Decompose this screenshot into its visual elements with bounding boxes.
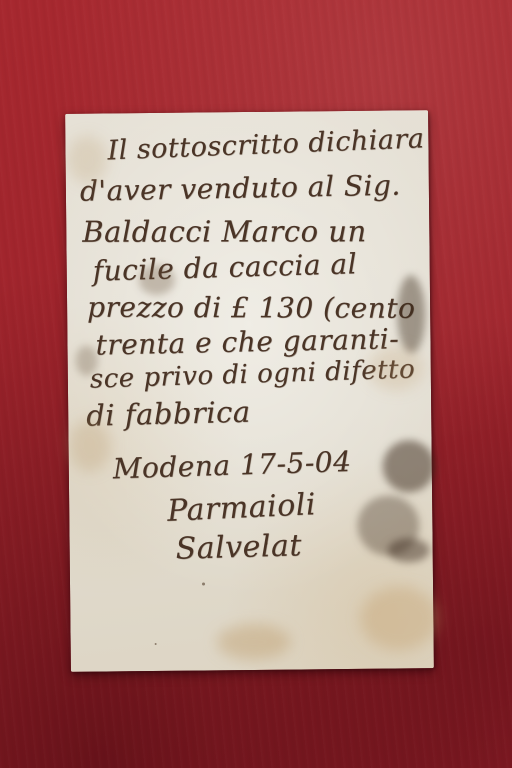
age-stain-bottom-center — [216, 624, 290, 661]
handwritten-line-3: Baldacci Marco un — [82, 214, 366, 248]
signature-line-1: Parmaioli — [166, 487, 316, 529]
handwritten-postcard: Il sottoscritto dichiara d'aver venduto … — [65, 110, 434, 672]
ink-speck — [202, 582, 205, 585]
ink-speck — [266, 542, 268, 545]
handwritten-line-8: di fabbrica — [86, 395, 251, 433]
handwritten-line-2: d'aver venduto al Sig. — [80, 169, 401, 208]
age-stain-bottom-right — [360, 586, 439, 651]
handwritten-line-1: Il sottoscritto dichiara — [107, 123, 425, 166]
ink-blot-over-date — [383, 440, 436, 493]
date-line: Modena 17-5-04 — [112, 445, 352, 485]
handwritten-line-4: fucile da caccia al — [92, 247, 357, 287]
photo-background: Il sottoscritto dichiara d'aver venduto … — [0, 0, 512, 768]
ink-speck — [155, 643, 157, 645]
handwritten-line-5: prezzo di £ 130 (cento — [87, 291, 415, 325]
signature-line-2: Salvelat — [175, 528, 302, 567]
ink-smudge-signature — [357, 495, 420, 556]
ink-speck — [297, 459, 299, 461]
ink-smudge-signature-dark — [388, 538, 430, 562]
